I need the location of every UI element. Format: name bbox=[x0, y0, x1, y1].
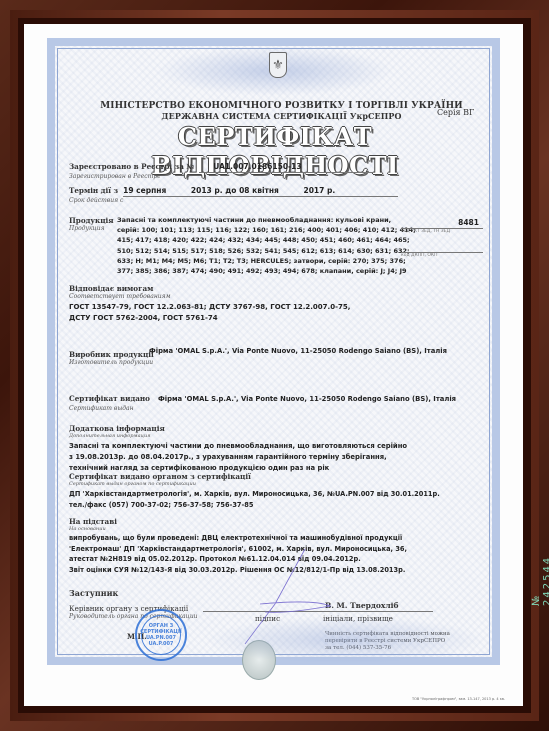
manufacturer-label-ru: Изготовитель продукции bbox=[69, 359, 154, 366]
product-line: 377; 385; 386; 387; 474; 490; 491; 492; … bbox=[117, 266, 417, 276]
standards-line: ДСТУ ГОСТ 5762-2004, ГОСТ 5761-74 bbox=[69, 313, 350, 324]
manufacturer-value: Фірма 'OMAL S.p.A.', Via Ponte Nuovo, 11… bbox=[149, 346, 447, 356]
product-description: Запасні та комплектуючі частини до пневм… bbox=[117, 215, 417, 276]
additional-label-block: Додаткова інформація Дополнительная инфо… bbox=[69, 424, 165, 439]
dkpp-code-value bbox=[401, 242, 483, 253]
validity-row: Термін дії з 19 серпня 2013 р. до 08 кві… bbox=[69, 178, 398, 204]
issuing-body-line: ДП 'Харківстандартметрологія', м. Харків… bbox=[69, 489, 440, 500]
certification-stamp: ОРГАН З СЕРТИФІКАЦІЇ UA.PN.007 UA.P.007 bbox=[135, 609, 187, 661]
additional-line: Запасні та комплектуючі частини до пневм… bbox=[69, 441, 407, 452]
product-line: 510; 512; 514; 515; 517; 518; 526; 532; … bbox=[117, 246, 417, 256]
additional-text: Запасні та комплектуючі частини до пневм… bbox=[69, 441, 407, 474]
manufacturer-label: Виробник продукції bbox=[69, 350, 154, 359]
requirements-label-ru: Соответствует требованиям bbox=[69, 293, 171, 300]
bottom-ornament bbox=[205, 616, 485, 664]
product-line: 415; 417; 418; 420; 422; 424; 432; 434; … bbox=[117, 235, 417, 245]
serial-number: № 242544 bbox=[531, 556, 549, 606]
deputy-label: Заступник bbox=[69, 588, 198, 598]
hs-code-value: 8481 bbox=[401, 218, 483, 229]
stamp-text: UA.PN.007 bbox=[146, 635, 176, 641]
stamp-text: СЕРТИФІКАЦІЇ bbox=[140, 629, 181, 635]
issuing-body-label: Сертифікат видано органом з сертифікації bbox=[69, 472, 251, 481]
issuing-body-label-block: Сертифікат видано органом з сертифікації… bbox=[69, 472, 251, 487]
valid-to-day: 08 квітня bbox=[239, 186, 279, 195]
requirements-standards: ГОСТ 13547-79, ГОСТ 12.2.063-81; ДСТУ 37… bbox=[69, 302, 350, 324]
validity-dates: 19 серпня 2013 р. до 08 квітня 2017 р. bbox=[123, 186, 398, 197]
head-label: Керівник органу з сертифікації bbox=[69, 604, 198, 613]
issued-to-label: Сертифікат видано bbox=[69, 394, 150, 403]
valid-from-day: 19 серпня bbox=[123, 186, 166, 195]
additional-label-ru: Дополнительная информация bbox=[69, 433, 165, 439]
requirements-block: Відповідає вимогам Соответствует требова… bbox=[69, 284, 171, 300]
printer-note: ТОВ "Укрполіграфпром", зам. 13-147, 2013… bbox=[412, 697, 505, 701]
valid-from-year: 2013 р. bbox=[191, 186, 223, 195]
additional-line: з 19.08.2013р. до 08.04.2017р., з урахув… bbox=[69, 452, 407, 463]
dkpp-code-label: код ДКПП, ОКП bbox=[401, 253, 483, 258]
signer-name: В. М. Твердохліб bbox=[325, 601, 399, 610]
certificate-document: ⚜ МІНІСТЕРСТВО ЕКОНОМІЧНОГО РОЗВИТКУ І Т… bbox=[47, 38, 500, 665]
product-codes: 8481 код УКТ ЗЕД, ТН ЗЕД код ДКПП, ОКП bbox=[401, 218, 483, 258]
product-line: Запасні та комплектуючі частини до пневм… bbox=[117, 215, 417, 225]
requirements-label: Відповідає вимогам bbox=[69, 284, 171, 293]
basis-label: На підставі bbox=[69, 517, 117, 526]
stamp-text: UA.P.007 bbox=[149, 641, 174, 647]
valid-to-label: до bbox=[225, 186, 236, 195]
product-line: 633; H; M1; M4; M5; M6; T1; T2; T3; HERC… bbox=[117, 256, 417, 266]
validity-label-ru: Срок действия с bbox=[69, 197, 398, 204]
issued-to-label-ru: Сертификат выдан bbox=[69, 405, 456, 412]
basis-label-ru: На основании bbox=[69, 526, 117, 532]
manufacturer-label-block: Виробник продукції Изготовитель продукци… bbox=[69, 350, 154, 366]
issued-to-block: Сертифікат видано Фірма 'OMAL S.p.A.', V… bbox=[69, 386, 456, 412]
additional-label: Додаткова інформація bbox=[69, 424, 165, 433]
series-label: Серія ВГ bbox=[437, 108, 474, 117]
registration-row: Зареєстровано в Реєстрі за № UA1.007.018… bbox=[69, 154, 373, 180]
validity-label: Термін дії з bbox=[69, 186, 118, 195]
stamp-text: ОРГАН З bbox=[149, 623, 173, 629]
product-line: серій: 100; 101; 113; 115; 116; 122; 160… bbox=[117, 225, 417, 235]
standards-line: ГОСТ 13547-79, ГОСТ 12.2.063-81; ДСТУ 37… bbox=[69, 302, 350, 313]
issuing-body-text: ДП 'Харківстандартметрологія', м. Харків… bbox=[69, 489, 440, 511]
picture-frame: ⚜ МІНІСТЕРСТВО ЕКОНОМІЧНОГО РОЗВИТКУ І Т… bbox=[0, 0, 549, 731]
registration-label: Зареєстровано в Реєстрі за № bbox=[69, 162, 194, 171]
basis-line: випробувань, що були проведені: ДВЦ елек… bbox=[69, 533, 407, 544]
hs-code-label: код УКТ ЗЕД, ТН ЗЕД bbox=[401, 229, 483, 234]
issuing-body-line: тел./факс (057) 700-37-02; 756-37-58; 75… bbox=[69, 500, 440, 511]
valid-to-year: 2017 р. bbox=[304, 186, 336, 195]
issuing-body-label-ru: Сертификат выдан органом по сертификации bbox=[69, 481, 251, 487]
registration-number: UA1.007.0186150-13 bbox=[199, 162, 373, 173]
trident-icon: ⚜ bbox=[269, 52, 287, 78]
issued-to-value: Фірма 'OMAL S.p.A.', Via Ponte Nuovo, 11… bbox=[158, 395, 456, 403]
basis-label-block: На підставі На основании bbox=[69, 517, 117, 532]
